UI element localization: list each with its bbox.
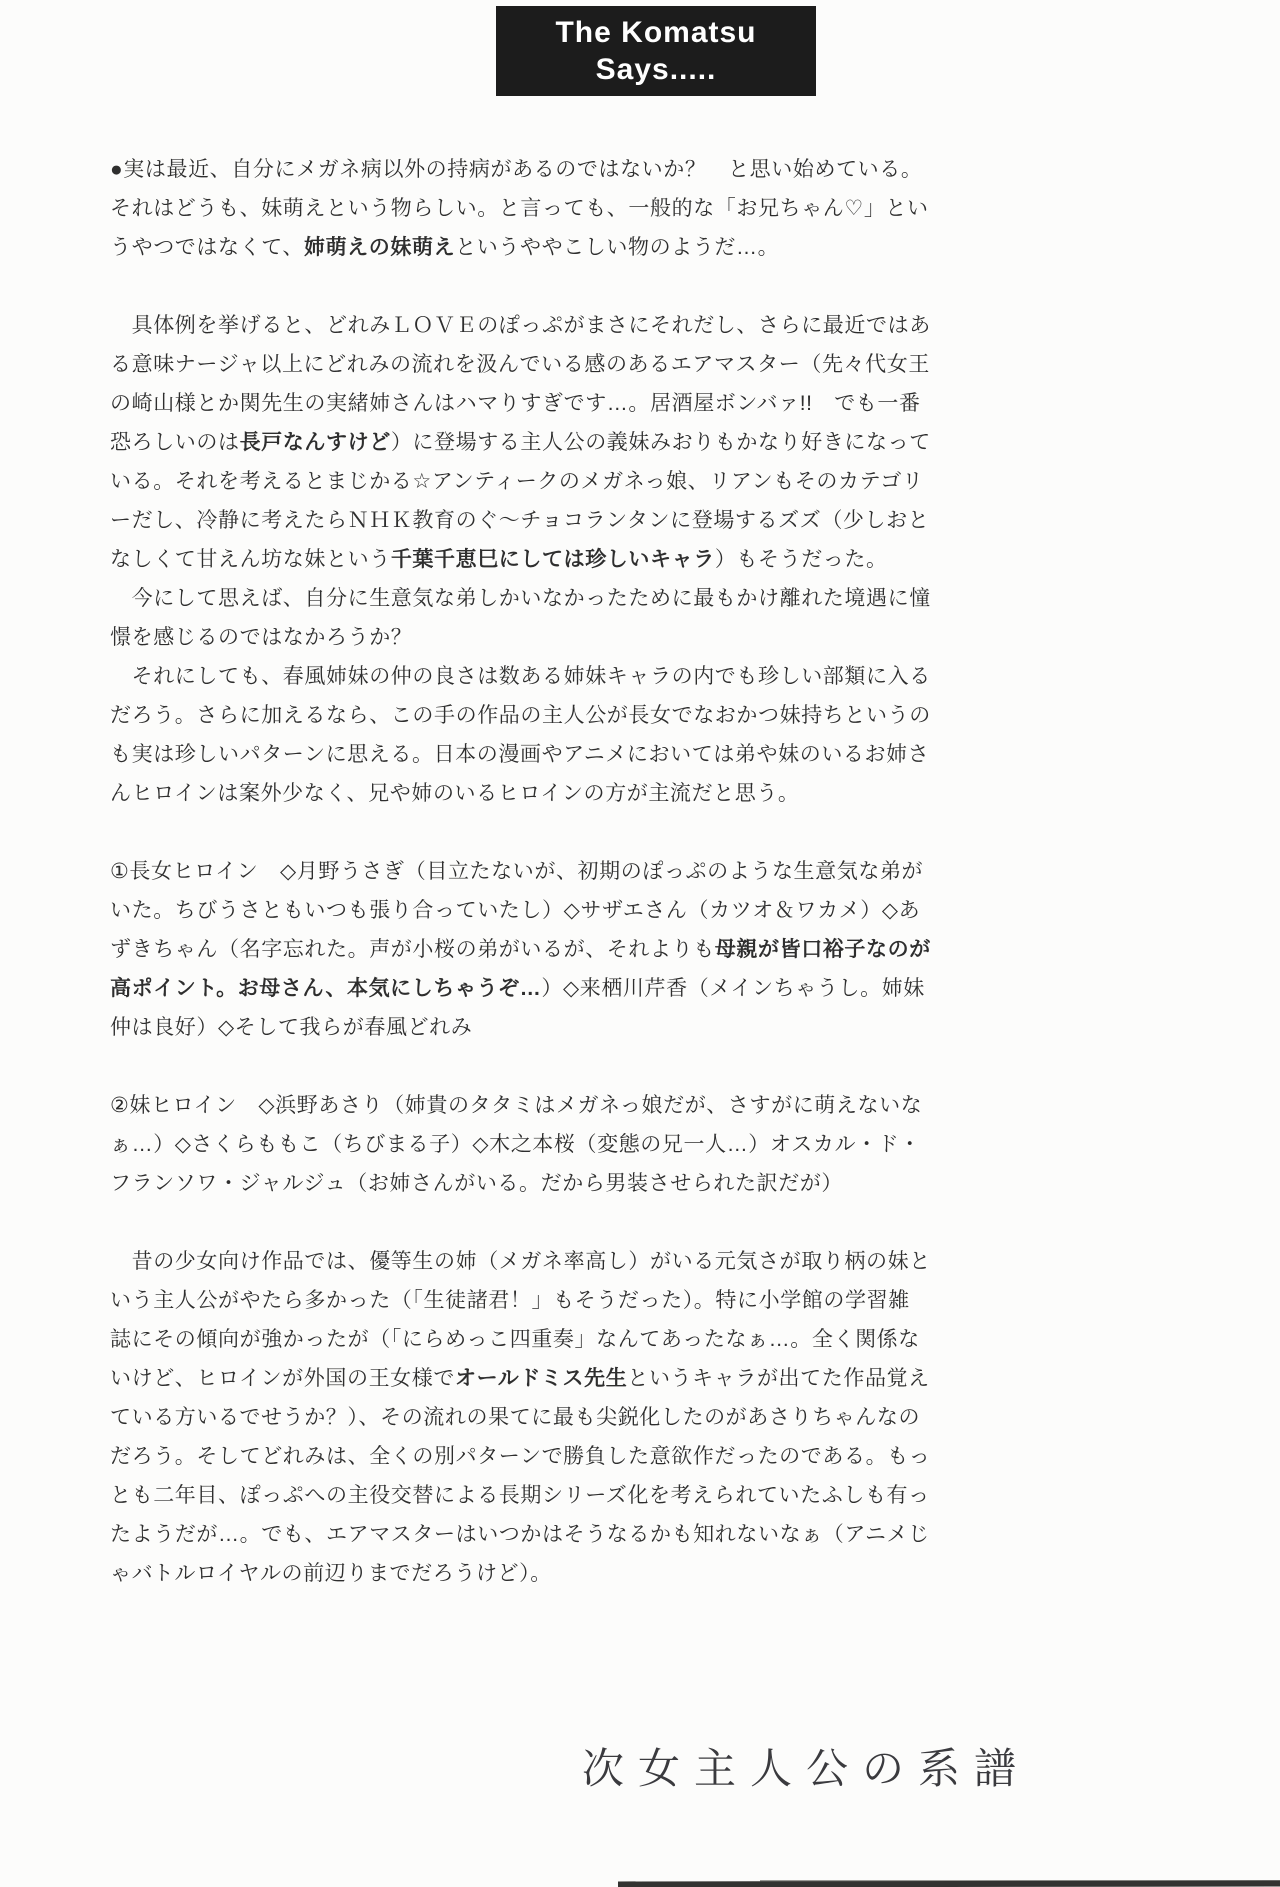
paragraph: ●実は最近、自分にメガネ病以外の持病があるのではないか？ と思い始めている。それ… <box>110 150 940 267</box>
body-text: 誌にその傾向が強かったが（「にらめっこ四重奏」なんてあったなぁ…。全く関係な <box>110 1328 920 1351</box>
body-text: んヒロインは案外少なく、兄や姉のいるヒロインの方が主流だと思う。 <box>110 782 800 805</box>
body-text: ている方いるでせうか？）、その流れの果てに最も尖鋭化したのがあさりちゃんなの <box>110 1406 920 1429</box>
text-line: ている方いるでせうか？）、その流れの果てに最も尖鋭化したのがあさりちゃんなの <box>110 1398 940 1437</box>
text-line: ①長女ヒロイン ◇月野うさぎ（目立たないが、初期のぽっぷのような生意気な弟が <box>110 852 940 891</box>
text-line: 憬を感じるのではなかろうか？ <box>110 618 940 657</box>
text-line: だろう。そしてどれみは、全くの別パターンで勝負した意欲作だったのである。もっ <box>110 1437 940 1476</box>
emphasized-text: オールドミス先生 <box>455 1367 627 1390</box>
body-text: 昔の少女向け作品では、優等生の姉（メガネ率高し）がいる元気さが取り柄の妹と <box>110 1250 931 1273</box>
body-text: いう主人公がやたら多かった（「生徒諸君！」もそうだった）。特に小学館の学習雑 <box>110 1289 910 1312</box>
text-line: だろう。さらに加えるなら、この手の作品の主人公が長女でなおかつ妹持ちというの <box>110 696 940 735</box>
text-line: いう主人公がやたら多かった（「生徒諸君！」もそうだった）。特に小学館の学習雑 <box>110 1281 940 1320</box>
body-text: というややこしい物のようだ…。 <box>455 236 779 259</box>
body-text: 憬を感じるのではなかろうか？ <box>110 626 412 649</box>
text-line: それにしても、春風姉妹の仲の良さは数ある姉妹キャラの内でも珍しい部類に入る <box>110 657 940 696</box>
text-line: 昔の少女向け作品では、優等生の姉（メガネ率高し）がいる元気さが取り柄の妹と <box>110 1242 940 1281</box>
text-line: 恐ろしいのは長戸なんすけど）に登場する主人公の義妹みおりもかなり好きになって <box>110 423 940 462</box>
body-text: たようだが…。でも、エアマスターはいつかはそうなるかも知れないなぁ（アニメじ <box>110 1523 930 1546</box>
text-line: 今にして思えば、自分に生意気な弟しかいなかったために最もかけ離れた境遇に憧 <box>110 579 940 618</box>
scan-artifact <box>618 1881 1280 1887</box>
body-text: うやつではなくて、 <box>110 236 304 259</box>
text-line: それはどうも、妹萌えという物らしい。と言っても、一般的な「お兄ちゃん♡」とい <box>110 189 940 228</box>
banner-title-line1: The Komatsu <box>555 14 756 51</box>
body-text: だろう。そしてどれみは、全くの別パターンで勝負した意欲作だったのである。もっ <box>110 1445 930 1468</box>
body-text: ）に登場する主人公の義妹みおりもかなり好きになって <box>391 431 931 454</box>
text-line: んヒロインは案外少なく、兄や姉のいるヒロインの方が主流だと思う。 <box>110 774 940 813</box>
text-line: うやつではなくて、姉萌えの妹萌えというややこしい物のようだ…。 <box>110 228 940 267</box>
body-text: 恐ろしいのは <box>110 431 240 454</box>
body-text: 今にして思えば、自分に生意気な弟しかいなかったために最もかけ離れた境遇に憧 <box>110 587 931 610</box>
body-text: いる。それを考えるとまじかる☆アンティークのメガネっ娘、リアンもそのカテゴリ <box>110 470 924 493</box>
body-text: というキャラが出てた作品覚え <box>627 1367 929 1390</box>
text-line: る意味ナージャ以上にどれみの流れを汲んでいる感のあるエアマスター（先々代女王 <box>110 345 940 384</box>
paragraph: ①長女ヒロイン ◇月野うさぎ（目立たないが、初期のぽっぷのような生意気な弟がいた… <box>110 852 940 1047</box>
body-text: いけど、ヒロインが外国の王女様で <box>110 1367 455 1390</box>
text-line: ぁ…）◇さくらももこ（ちびまる子）◇木之本桜（変態の兄一人…）オスカル・ド・ <box>110 1125 940 1164</box>
emphasized-text: 千葉千恵巳にしては珍しいキャラ <box>391 548 715 571</box>
paragraph: 具体例を挙げると、どれみＬＯＶＥのぽっぷがまさにそれだし、さらに最近ではある意味… <box>110 306 940 579</box>
body-text: ゃバトルロイヤルの前辺りまでだろうけど）。 <box>110 1562 552 1585</box>
text-line: の崎山様とか関先生の実緒姉さんはハマりすぎです…。居酒屋ボンバァ!! でも一番 <box>110 384 940 423</box>
body-text: いた。ちびうさともいつも張り合っていたし）◇サザエさん（カツオ＆ワカメ）◇あ <box>110 899 920 922</box>
banner-title-line2: Says..... <box>596 51 717 88</box>
text-line: ずきちゃん（名字忘れた。声が小桜の弟がいるが、それよりも母親が皆口裕子なのが <box>110 930 940 969</box>
text-line: いけど、ヒロインが外国の王女様でオールドミス先生というキャラが出てた作品覚え <box>110 1359 940 1398</box>
body-text: とも二年目、ぽっぷへの主役交替による長期シリーズ化を考えられていたふしも有っ <box>110 1484 930 1507</box>
emphasized-text: 母親が皆口裕子なのが <box>715 938 931 961</box>
footer-title: 次女主人公の系譜 <box>582 1736 1030 1796</box>
paragraph: それにしても、春風姉妹の仲の良さは数ある姉妹キャラの内でも珍しい部類に入るだろう… <box>110 657 940 813</box>
body-text: ぁ…）◇さくらももこ（ちびまる子）◇木之本桜（変態の兄一人…）オスカル・ド・ <box>110 1133 921 1156</box>
body-text: 仲は良好）◇そして我らが春風どれみ <box>110 1016 472 1039</box>
text-line: 仲は良好）◇そして我らが春風どれみ <box>110 1008 940 1047</box>
text-line: 高ポイント。お母さん、本気にしちゃうぞ…）◇来栖川芹香（メインちゃうし。姉妹 <box>110 969 940 1008</box>
text-line: とも二年目、ぽっぷへの主役交替による長期シリーズ化を考えられていたふしも有っ <box>110 1476 940 1515</box>
body-text: ②妹ヒロイン ◇浜野あさり（姉貴のタタミはメガネっ娘だが、さすがに萌えないな <box>110 1094 922 1117</box>
article: ●実は最近、自分にメガネ病以外の持病があるのではないか？ と思い始めている。それ… <box>110 150 940 1593</box>
text-line: なしくて甘えん坊な妹という千葉千恵巳にしては珍しいキャラ）もそうだった。 <box>110 540 940 579</box>
body-text: ）◇来栖川芹香（メインちゃうし。姉妹 <box>541 977 925 1000</box>
emphasized-text: 姉萌えの妹萌え <box>304 236 455 259</box>
body-text: それにしても、春風姉妹の仲の良さは数ある姉妹キャラの内でも珍しい部類に入る <box>110 665 931 688</box>
text-line: 具体例を挙げると、どれみＬＯＶＥのぽっぷがまさにそれだし、さらに最近ではあ <box>110 306 940 345</box>
body-text: ）もそうだった。 <box>715 548 888 571</box>
header-banner: The Komatsu Says..... <box>496 6 816 96</box>
text-line: フランソワ・ジャルジュ（お姉さんがいる。だから男装させられた訳だが） <box>110 1164 940 1203</box>
text-line: ーだし、冷静に考えたらＮＨＫ教育のぐ～チョコランタンに登場するズズ（少しおと <box>110 501 940 540</box>
text-line: いる。それを考えるとまじかる☆アンティークのメガネっ娘、リアンもそのカテゴリ <box>110 462 940 501</box>
body-text: ●実は最近、自分にメガネ病以外の持病があるのではないか？ と思い始めている。 <box>110 158 922 181</box>
body-text: も実は珍しいパターンに思える。日本の漫画やアニメにおいては弟や妹のいるお姉さ <box>110 743 929 766</box>
text-line: ②妹ヒロイン ◇浜野あさり（姉貴のタタミはメガネっ娘だが、さすがに萌えないな <box>110 1086 940 1125</box>
body-text: だろう。さらに加えるなら、この手の作品の主人公が長女でなおかつ妹持ちというの <box>110 704 931 727</box>
emphasized-text: 高ポイント。お母さん、本気にしちゃうぞ… <box>110 977 541 1000</box>
paragraph: 昔の少女向け作品では、優等生の姉（メガネ率高し）がいる元気さが取り柄の妹という主… <box>110 1242 940 1593</box>
body-text: なしくて甘えん坊な妹という <box>110 548 391 571</box>
body-text: ①長女ヒロイン ◇月野うさぎ（目立たないが、初期のぽっぷのような生意気な弟が <box>110 860 923 883</box>
body-text: の崎山様とか関先生の実緒姉さんはハマりすぎです…。居酒屋ボンバァ!! でも一番 <box>110 392 921 415</box>
text-line: ゃバトルロイヤルの前辺りまでだろうけど）。 <box>110 1554 940 1593</box>
text-line: たようだが…。でも、エアマスターはいつかはそうなるかも知れないなぁ（アニメじ <box>110 1515 940 1554</box>
body-text: る意味ナージャ以上にどれみの流れを汲んでいる感のあるエアマスター（先々代女王 <box>110 353 930 376</box>
emphasized-text: 長戸なんすけど <box>240 431 391 454</box>
text-line: ●実は最近、自分にメガネ病以外の持病があるのではないか？ と思い始めている。 <box>110 150 940 189</box>
text-line: も実は珍しいパターンに思える。日本の漫画やアニメにおいては弟や妹のいるお姉さ <box>110 735 940 774</box>
body-text: それはどうも、妹萌えという物らしい。と言っても、一般的な「お兄ちゃん♡」とい <box>110 197 929 220</box>
body-text: ずきちゃん（名字忘れた。声が小桜の弟がいるが、それよりも <box>110 938 715 961</box>
paragraph: 今にして思えば、自分に生意気な弟しかいなかったために最もかけ離れた境遇に憧憬を感… <box>110 579 940 657</box>
text-line: 誌にその傾向が強かったが（「にらめっこ四重奏」なんてあったなぁ…。全く関係な <box>110 1320 940 1359</box>
body-text: フランソワ・ジャルジュ（お姉さんがいる。だから男装させられた訳だが） <box>110 1172 843 1195</box>
text-line: いた。ちびうさともいつも張り合っていたし）◇サザエさん（カツオ＆ワカメ）◇あ <box>110 891 940 930</box>
scanned-page: The Komatsu Says..... ●実は最近、自分にメガネ病以外の持病… <box>0 0 1280 1887</box>
body-text: 具体例を挙げると、どれみＬＯＶＥのぽっぷがまさにそれだし、さらに最近ではあ <box>110 314 931 337</box>
body-text: ーだし、冷静に考えたらＮＨＫ教育のぐ～チョコランタンに登場するズズ（少しおと <box>110 509 929 532</box>
paragraph: ②妹ヒロイン ◇浜野あさり（姉貴のタタミはメガネっ娘だが、さすがに萌えないなぁ…… <box>110 1086 940 1203</box>
